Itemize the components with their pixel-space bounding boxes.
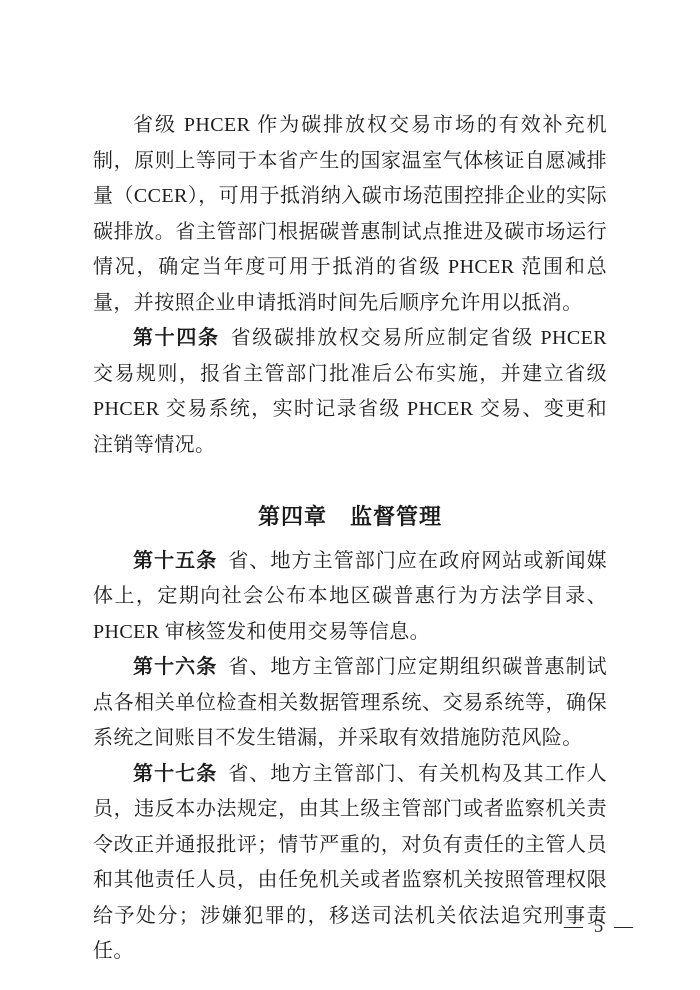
para-phcer-offset-mechanism: 省级 PHCER 作为碳排放权交易市场的有效补充机制，原则上等同于本省产生的国家… — [93, 108, 607, 321]
para-article-14: 第十四条省级碳排放权交易所应制定省级 PHCER 交易规则，报省主管部门批准后公… — [93, 321, 607, 463]
chapter-4-heading: 第四章 监督管理 — [93, 499, 607, 535]
document-page: 省级 PHCER 作为碳排放权交易市场的有效补充机制，原则上等同于本省产生的国家… — [0, 0, 700, 990]
para-article-17: 第十七条省、地方主管部门、有关机构及其工作人员，违反本办法规定，由其上级主管部门… — [93, 757, 607, 970]
article-16-label: 第十六条 — [133, 656, 217, 678]
para-article-16: 第十六条省、地方主管部门应定期组织碳普惠制试点各相关单位检查相关数据管理系统、交… — [93, 650, 607, 757]
document-body: 省级 PHCER 作为碳排放权交易市场的有效补充机制，原则上等同于本省产生的国家… — [93, 108, 607, 970]
article-17-label: 第十七条 — [133, 763, 217, 785]
article-17-text: 省、地方主管部门、有关机构及其工作人员，违反本办法规定，由其上级主管部门或者监察… — [93, 763, 607, 963]
article-14-label: 第十四条 — [133, 327, 220, 349]
para-article-15: 第十五条省、地方主管部门应在政府网站或新闻媒体上，定期向社会公布本地区碳普惠行为… — [93, 544, 607, 651]
page-number: — 5 — — [555, 916, 645, 938]
article-15-label: 第十五条 — [133, 550, 217, 572]
